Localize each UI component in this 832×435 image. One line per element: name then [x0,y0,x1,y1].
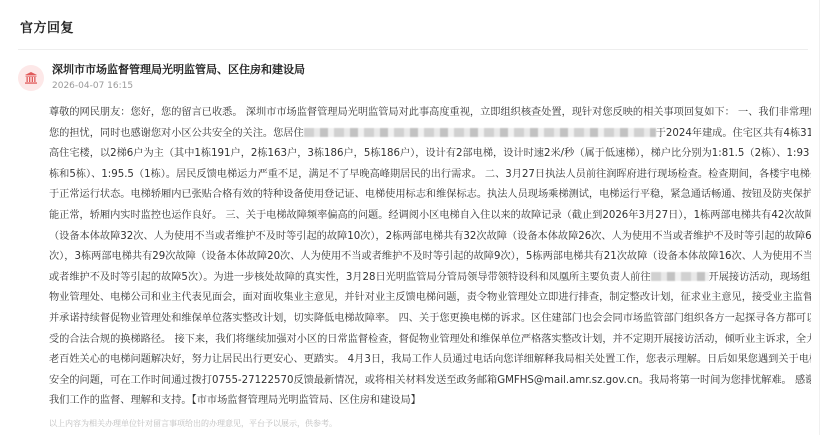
reply-text: 于正常运行状态。电梯轿厢内已张贴合格有效的特种设备使用登记证、电梯使用标志和维保… [49,189,811,200]
reply-text: 或者维护不及时等引起的故障5次）。为进一步核处故障的真实性，3月28日光明监管局… [49,272,651,283]
redacted-block [651,272,709,281]
reply-line: 安全的问题，可在工作时间通过拨打0755-27122570反馈最新情况，或将相关… [49,371,811,392]
reply-line: 次），3栋两部电梯共有29次故障（设备本体故障20次、人为使用不当或者维护不及时… [49,247,811,268]
reply-text: 安全的问题，可在工作时间通过拨打0755-27122570反馈最新情况，或将相关… [49,375,811,386]
reply-text: 于2024年建成。住宅区共有4栋31-33层 [656,128,811,139]
reply-timestamp: 2026-04-07 16:15 [52,79,305,93]
reply-text: 您的担忧，同时也感谢您对小区公共安全的关注。您居住 [49,128,304,139]
reply-text: 开展接访活动，现场组织 [709,272,811,283]
reply-line: 受的合法合规的换梯路径。 接下来，我们将继续加强对小区的日常监督检查，督促物业管… [49,330,811,351]
government-building-icon [18,65,44,91]
reply-line: 我们工作的监督、理解和支持。【市市场监督管理局光明监管局、区住房和建设局】 [49,391,811,412]
redacted-block [304,128,656,137]
reply-text: 能正常，轿厢内实时监控也运作良好。 三、关于电梯故障频率偏高的问题。经调阅小区电… [49,210,811,221]
reply-text: 高住宅楼，以2梯6户为主（其中1栋191户，2栋163户，3栋186户，5栋18… [49,148,811,159]
section-title: 官方回复 [20,17,74,36]
reply-line: 物业管理处、电梯公司和业主代表见面会，面对面收集业主意见，并针对业主反馈电梯问题… [49,288,811,309]
reply-body: 尊敬的网民朋友：您好，您的留言已收悉。 深圳市市场监督管理局光明监管局对此事高度… [49,103,811,412]
reply-text: 老百姓关心的电梯问题解决好，努力让居民出行更安心、更踏实。 4月3日，我局工作人… [49,354,811,365]
reply-line: 于正常运行状态。电梯轿厢内已张贴合格有效的特种设备使用登记证、电梯使用标志和维保… [49,185,811,206]
disclaimer-note: 以上内容为相关办理单位针对留言事项给出的办理意见，平台予以展示，供参考。 [49,418,337,429]
reply-text: 栋和5栋）、1:95.5（1栋）。居民反馈电梯运力严重不足，满足不了早晚高峰期居… [49,169,811,180]
reply-text: 并承诺持续督促物业管理处和维保单位落实整改计划，切实降低电梯故障率。 四、关于您… [49,313,811,324]
reply-line: 老百姓关心的电梯问题解决好，努力让居民出行更安心、更踏实。 4月3日，我局工作人… [49,350,811,371]
reply-text: 次），3栋两部电梯共有29次故障（设备本体故障20次、人为使用不当或者维护不及时… [49,251,811,262]
org-meta: 深圳市市场监督管理局光明监管局、区住房和建设局 2026-04-07 16:15 [52,62,305,93]
reply-line: 尊敬的网民朋友：您好，您的留言已收悉。 深圳市市场监督管理局光明监管局对此事高度… [49,103,811,124]
reply-line: （设备本体故障32次、人为使用不当或者维护不及时等引起的故障10次），2栋两部电… [49,227,811,248]
reply-line: 或者维护不及时等引起的故障5次）。为进一步核处故障的真实性，3月28日光明监管局… [49,268,811,289]
reply-line: 并承诺持续督促物业管理处和维保单位落实整改计划，切实降低电梯故障率。 四、关于您… [49,309,811,330]
right-edge-divider [819,0,820,435]
reply-line: 您的担忧，同时也感谢您对小区公共安全的关注。您居住于2024年建成。住宅区共有4… [49,124,811,145]
reply-text: 物业管理处、电梯公司和业主代表见面会，面对面收集业主意见，并针对业主反馈电梯问题… [49,292,811,303]
official-reply-page: 官方回复 深圳市市场监督管理局光明监管局、区住房和建设局 2026-04-07 … [0,0,832,435]
reply-line: 高住宅楼，以2梯6户为主（其中1栋191户，2栋163户，3栋186户，5栋18… [49,144,811,165]
title-divider [18,49,808,50]
reply-line: 栋和5栋）、1:95.5（1栋）。居民反馈电梯运力严重不足，满足不了早晚高峰期居… [49,165,811,186]
reply-text: 尊敬的网民朋友：您好，您的留言已收悉。 深圳市市场监督管理局光明监管局对此事高度… [49,107,811,118]
org-name: 深圳市市场监督管理局光明监管局、区住房和建设局 [52,62,305,78]
reply-text: 我们工作的监督、理解和支持。【市市场监督管理局光明监管局、区住房和建设局】 [49,395,421,406]
reply-text: （设备本体故障32次、人为使用不当或者维护不及时等引起的故障10次），2栋两部电… [49,231,811,242]
reply-text: 受的合法合规的换梯路径。 接下来，我们将继续加强对小区的日常监督检查，督促物业管… [49,334,811,345]
reply-org-header: 深圳市市场监督管理局光明监管局、区住房和建设局 2026-04-07 16:15 [18,62,305,93]
reply-line: 能正常，轿厢内实时监控也运作良好。 三、关于电梯故障频率偏高的问题。经调阅小区电… [49,206,811,227]
